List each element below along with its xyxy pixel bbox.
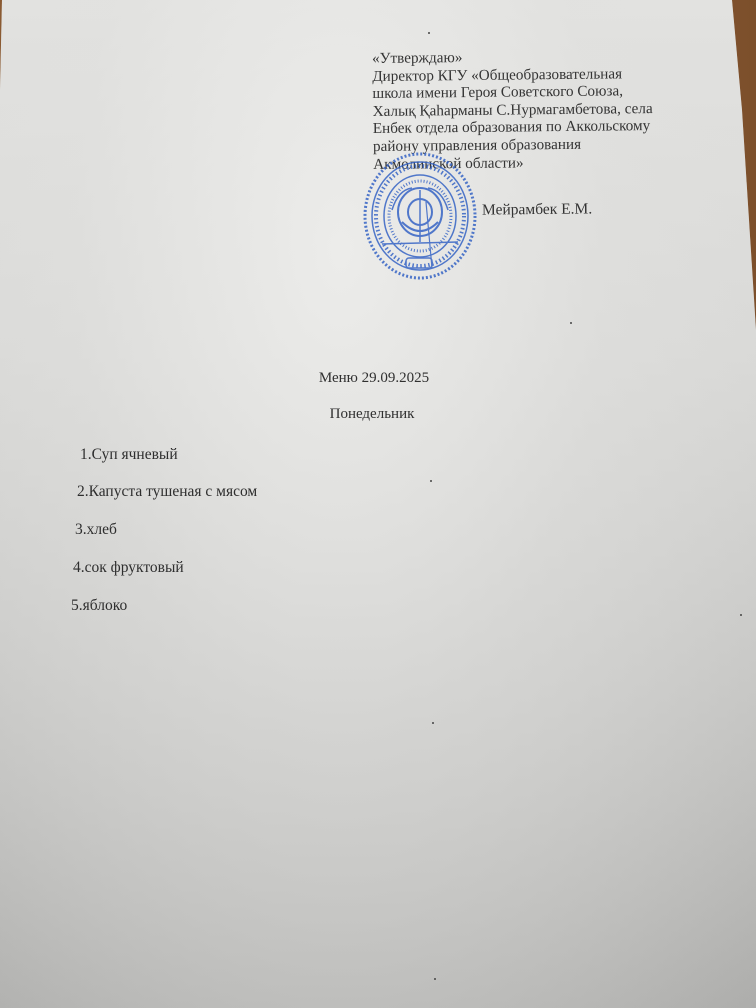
menu-item: 3.хлеб	[75, 521, 117, 539]
paper-speck	[428, 32, 430, 34]
menu-item: 2.Капуста тушеная с мясом	[77, 483, 257, 501]
paper-speck	[430, 480, 432, 482]
official-stamp-icon	[362, 150, 478, 280]
paper-speck	[434, 978, 436, 980]
paper-speck	[432, 722, 434, 724]
paper-sheet: «Утверждаю» Директор КГУ «Общеобразовате…	[0, 0, 756, 1008]
paper-speck	[570, 322, 572, 324]
menu-item: 1.Суп ячневый	[80, 446, 178, 464]
menu-item: 5.яблоко	[71, 597, 127, 615]
menu-item: 4.сок фруктовый	[73, 559, 184, 577]
menu-title: Меню 29.09.2025	[0, 370, 752, 387]
menu-day: Понедельник	[0, 406, 750, 423]
signer-name: Мейрамбек Е.М.	[482, 200, 592, 219]
paper-speck	[740, 614, 742, 616]
